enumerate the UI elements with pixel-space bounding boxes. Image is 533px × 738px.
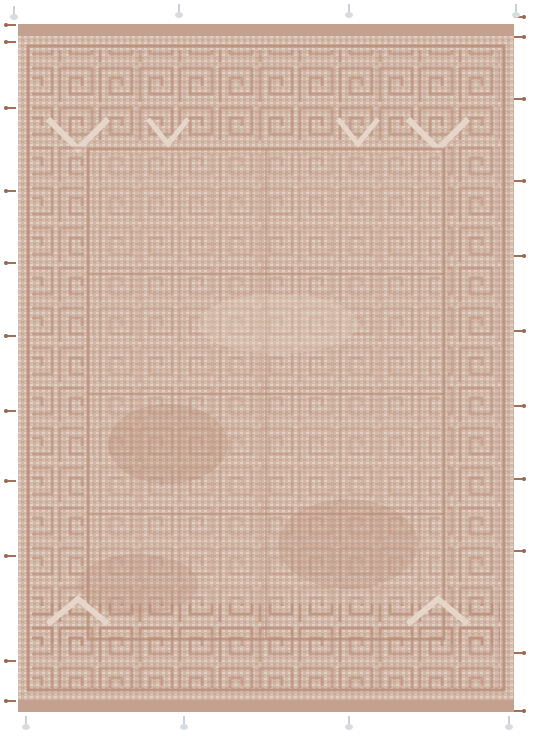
fringe-knot — [6, 190, 16, 192]
fringe-knot — [6, 555, 16, 557]
fringe-knot — [514, 550, 524, 552]
fringe-knot — [6, 41, 16, 43]
fringe-knot — [6, 24, 16, 26]
tassel — [180, 716, 188, 728]
fringe-knot — [514, 36, 524, 38]
tassel — [10, 6, 18, 18]
fringe-knot — [6, 335, 16, 337]
rug-pattern — [18, 24, 514, 712]
fringe-knot — [514, 255, 524, 257]
fringe-knot — [514, 330, 524, 332]
fringe-knot — [6, 700, 16, 702]
tassel — [512, 4, 520, 16]
fringe-knot — [6, 410, 16, 412]
rug — [18, 24, 514, 712]
fringe-knot — [6, 660, 16, 662]
tassel — [175, 4, 183, 16]
fringe-knot — [514, 98, 524, 100]
fringe-knot — [514, 405, 524, 407]
fringe-knot — [6, 480, 16, 482]
fringe-knot — [514, 478, 524, 480]
fringe-knot — [6, 107, 16, 109]
fringe-knot — [514, 710, 524, 712]
fringe-knot — [6, 262, 16, 264]
fringe-knot — [514, 652, 524, 654]
tassel — [505, 716, 513, 728]
fringe-knot — [514, 180, 524, 182]
tassel — [345, 716, 353, 728]
tassel — [22, 716, 30, 728]
tassel — [345, 4, 353, 16]
